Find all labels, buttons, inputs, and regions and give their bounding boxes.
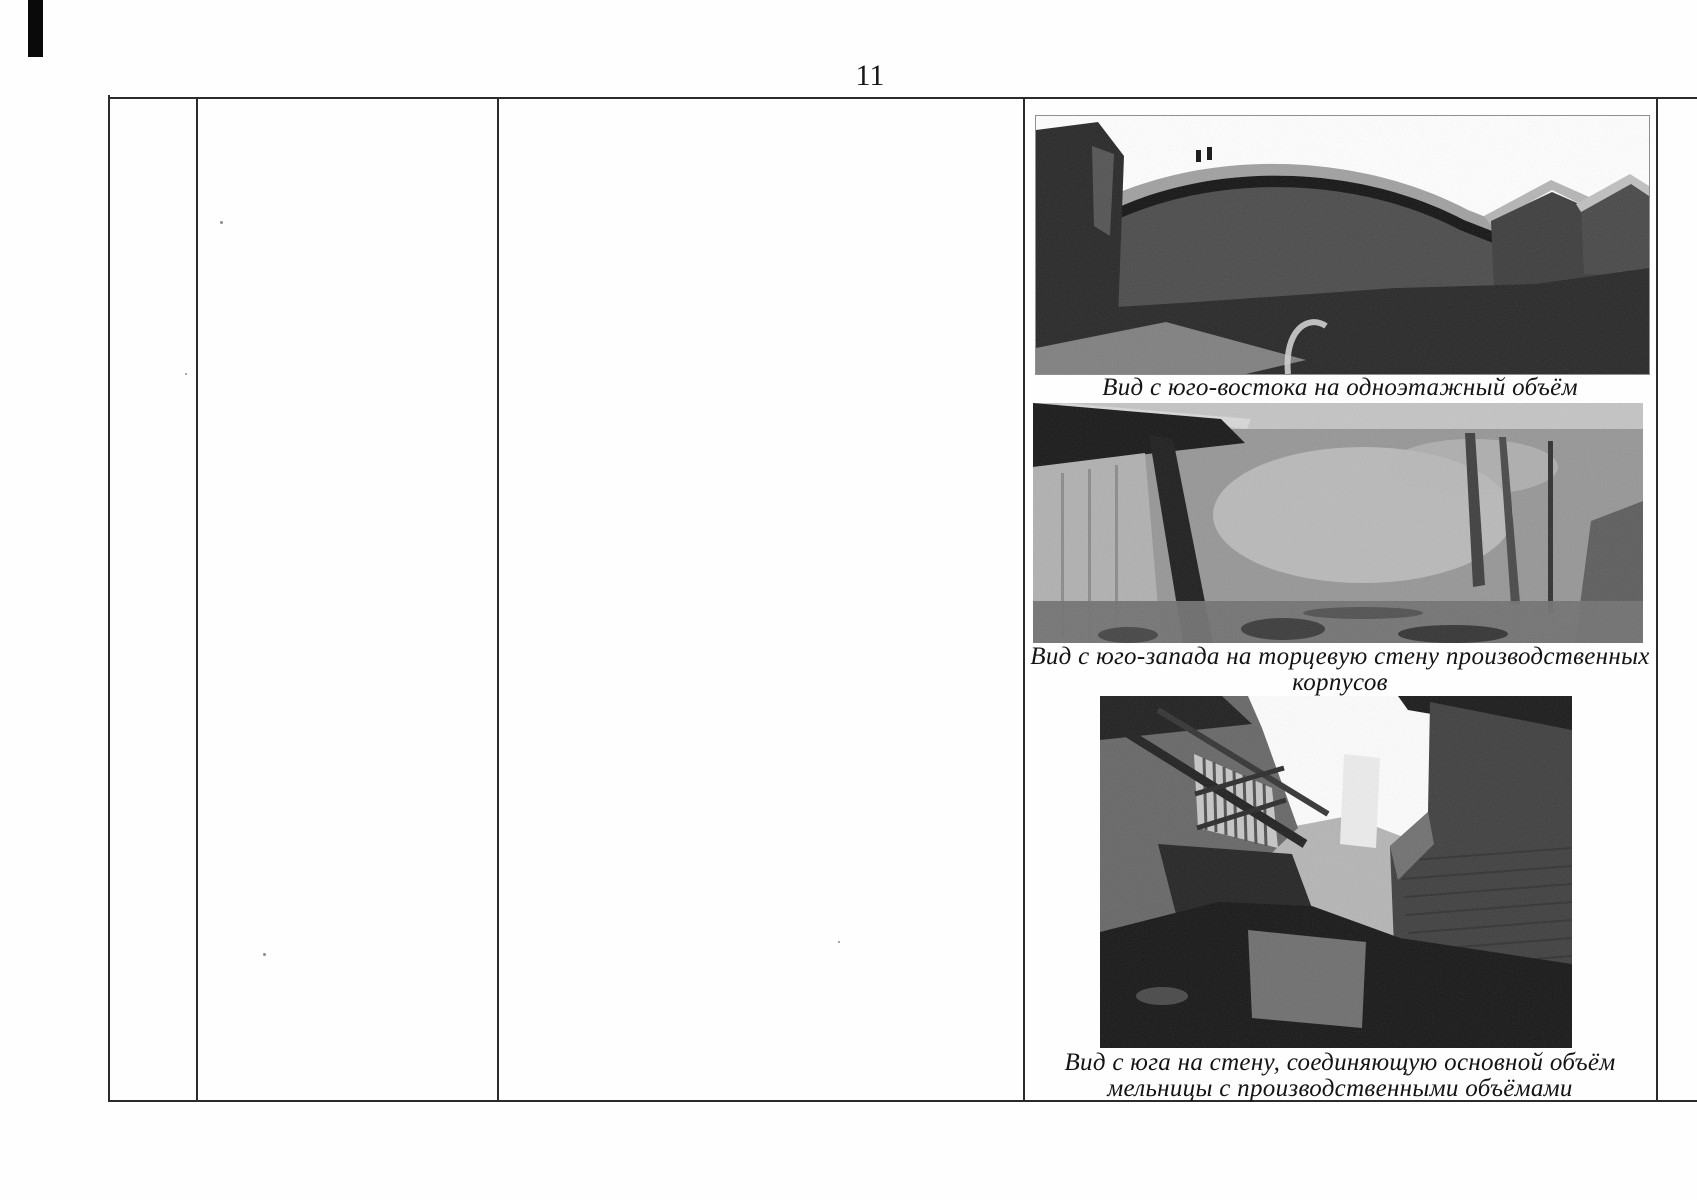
photo-southeast-view-image: [1036, 116, 1649, 374]
scan-speck: [185, 373, 187, 375]
scan-speck: [220, 221, 223, 224]
page-number: 11: [790, 60, 950, 92]
scanned-document-page: 11: [0, 0, 1697, 1200]
photo-caption-south: Вид с юга на стену, соединяющую основной…: [1030, 1050, 1650, 1102]
photo-south-connecting-wall-image: [1100, 696, 1572, 1048]
photo-south-connecting-wall-view: [1100, 696, 1572, 1048]
photo-southeast-view: [1035, 115, 1650, 375]
table-column-divider-2: [497, 97, 499, 1100]
table-column-divider-1: [196, 97, 198, 1100]
table-column-divider-3: [1023, 97, 1025, 1100]
scan-artifact-bar: [28, 0, 43, 57]
table-border-left: [108, 95, 110, 1102]
scan-speck: [263, 953, 266, 956]
photo-southwest-wall-image: [1033, 403, 1643, 643]
photo-caption-southwest: Вид с юго-запада на торцевую стену произ…: [1030, 644, 1650, 696]
scan-speck: [838, 941, 840, 943]
table-border-right: [1656, 97, 1658, 1100]
photo-southwest-wall-view: [1033, 403, 1643, 643]
table-border-top: [108, 97, 1697, 99]
photo-caption-southeast: Вид с юго-востока на одноэтажный объём: [1023, 375, 1657, 401]
